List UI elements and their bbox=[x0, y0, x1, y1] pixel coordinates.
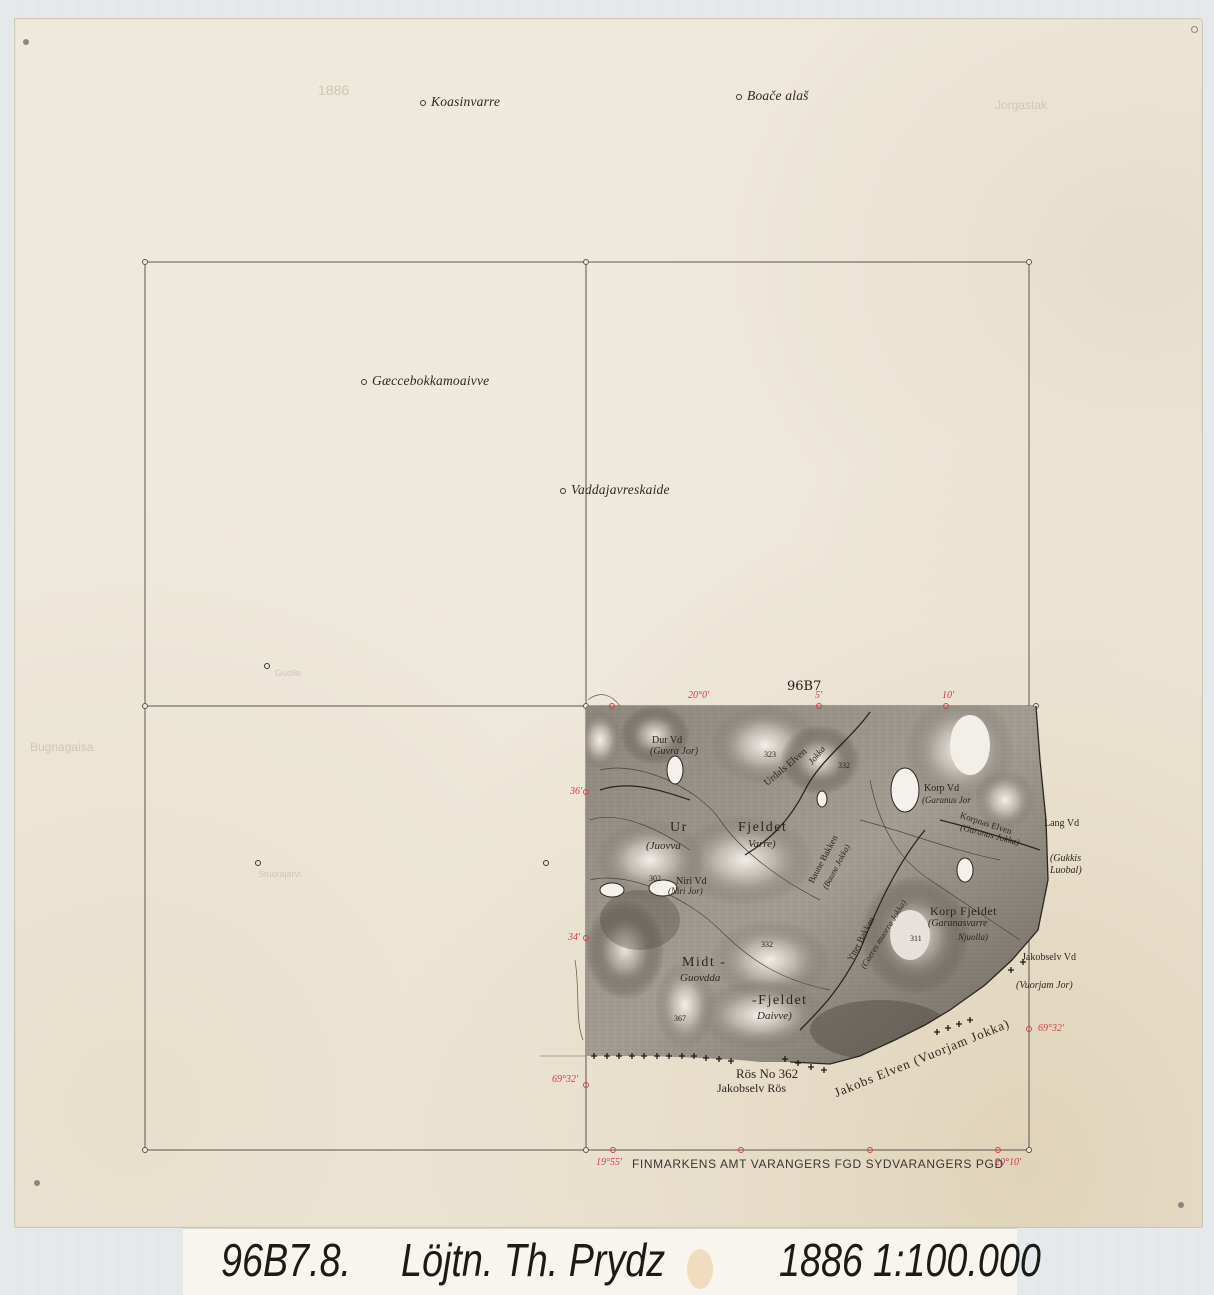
map-label-jakobselv-ros: Jakobselv Rös bbox=[717, 1081, 786, 1096]
coord-19-55: 19°55' bbox=[596, 1157, 622, 1168]
spot-height-367: 367 bbox=[674, 1014, 686, 1023]
map-label-juovva: (Juovva bbox=[646, 840, 681, 852]
label-surveyor: Löjtn. Th. Prydz bbox=[401, 1233, 665, 1287]
spot-height-332b: 332 bbox=[761, 940, 773, 949]
map-label-guovdda: Guovdda bbox=[680, 972, 720, 984]
label-year: 1886 bbox=[779, 1233, 863, 1287]
pencil-note-top-right: Jorgastak bbox=[995, 98, 1047, 112]
map-label-ros-number: Rös No 362 bbox=[736, 1066, 798, 1082]
coord-69-32-left: 69°32' bbox=[552, 1074, 578, 1085]
map-drawing bbox=[0, 0, 1214, 1295]
map-label-vuorjam-jor: (Vuorjam Jor) bbox=[1016, 980, 1073, 991]
pencil-note-lower-left: Stuorajarvi bbox=[258, 869, 301, 879]
map-label-gukkis-luobal: (Gukkis Luobal) bbox=[1050, 853, 1100, 877]
spot-height-311: 311 bbox=[910, 934, 922, 943]
place-name-gaeccebokkamoaivve: Gæccebokkamoaivve bbox=[372, 373, 489, 389]
place-name-koasinvarre: Koasinvarre bbox=[431, 94, 500, 110]
coord-36-min: 36' bbox=[570, 786, 582, 797]
map-label-fjeldet: Fjeldet bbox=[738, 820, 787, 836]
administrative-footer: FINMARKENS AMT VARANGERS FGD SYDVARANGER… bbox=[632, 1157, 1004, 1171]
map-label-niri-jor: (Niri Jor) bbox=[668, 886, 703, 896]
map-label-guvra-jor: (Guvra Jor) bbox=[650, 746, 698, 757]
map-label-ur: Ur bbox=[670, 820, 688, 836]
map-label-fjeldet-midt: -Fjeldet bbox=[752, 993, 808, 1009]
map-label-garanus-jor: (Garanus Jor bbox=[922, 795, 971, 805]
spot-height-323: 323 bbox=[764, 750, 776, 759]
coord-10-min: 10' bbox=[942, 690, 954, 701]
place-name-boace-alas: Boače alaš bbox=[747, 88, 809, 104]
place-name-vaddajavreskaide: Vaddajavreskaide bbox=[571, 482, 670, 498]
map-label-korp-vd: Korp Vd bbox=[924, 783, 959, 794]
spot-height-302: 302 bbox=[649, 874, 661, 883]
map-label-daivve: Daivve) bbox=[757, 1010, 792, 1022]
coord-34-min: 34' bbox=[568, 932, 580, 943]
spot-height-332a: 332 bbox=[838, 761, 850, 770]
coord-20-0: 20°0' bbox=[688, 690, 709, 701]
map-label-jakobselv-vd: Jakobselv Vd bbox=[1022, 952, 1076, 963]
map-label-midt: Midt - bbox=[682, 955, 726, 971]
pencil-note-left: Bugnagaisa bbox=[30, 740, 93, 754]
pencil-note-small: Guolle bbox=[275, 668, 301, 678]
map-label-garanasvarre: (Garanasvarre bbox=[928, 918, 988, 929]
map-label-njuolla: Njuolla) bbox=[958, 932, 988, 942]
coord-69-32-right: 69°32' bbox=[1038, 1023, 1064, 1034]
coord-5-min: 5' bbox=[815, 690, 822, 701]
map-label-dur-vd: Dur Vd bbox=[652, 735, 682, 746]
map-label-lang-vd: Lang Vd bbox=[1044, 818, 1084, 830]
pencil-note-year: 1886 bbox=[318, 82, 349, 98]
label-sheet-ref: 96B7.8. bbox=[221, 1233, 351, 1287]
catalog-label-strip: 96B7.8. Löjtn. Th. Prydz 1886 1:100.000 bbox=[183, 1228, 1017, 1295]
map-label-korp-fjeldet: Korp Fjeldet bbox=[930, 904, 997, 919]
stain-mark bbox=[687, 1249, 713, 1289]
map-label-varre: Varre) bbox=[748, 838, 776, 850]
label-scale: 1:100.000 bbox=[873, 1233, 1041, 1287]
